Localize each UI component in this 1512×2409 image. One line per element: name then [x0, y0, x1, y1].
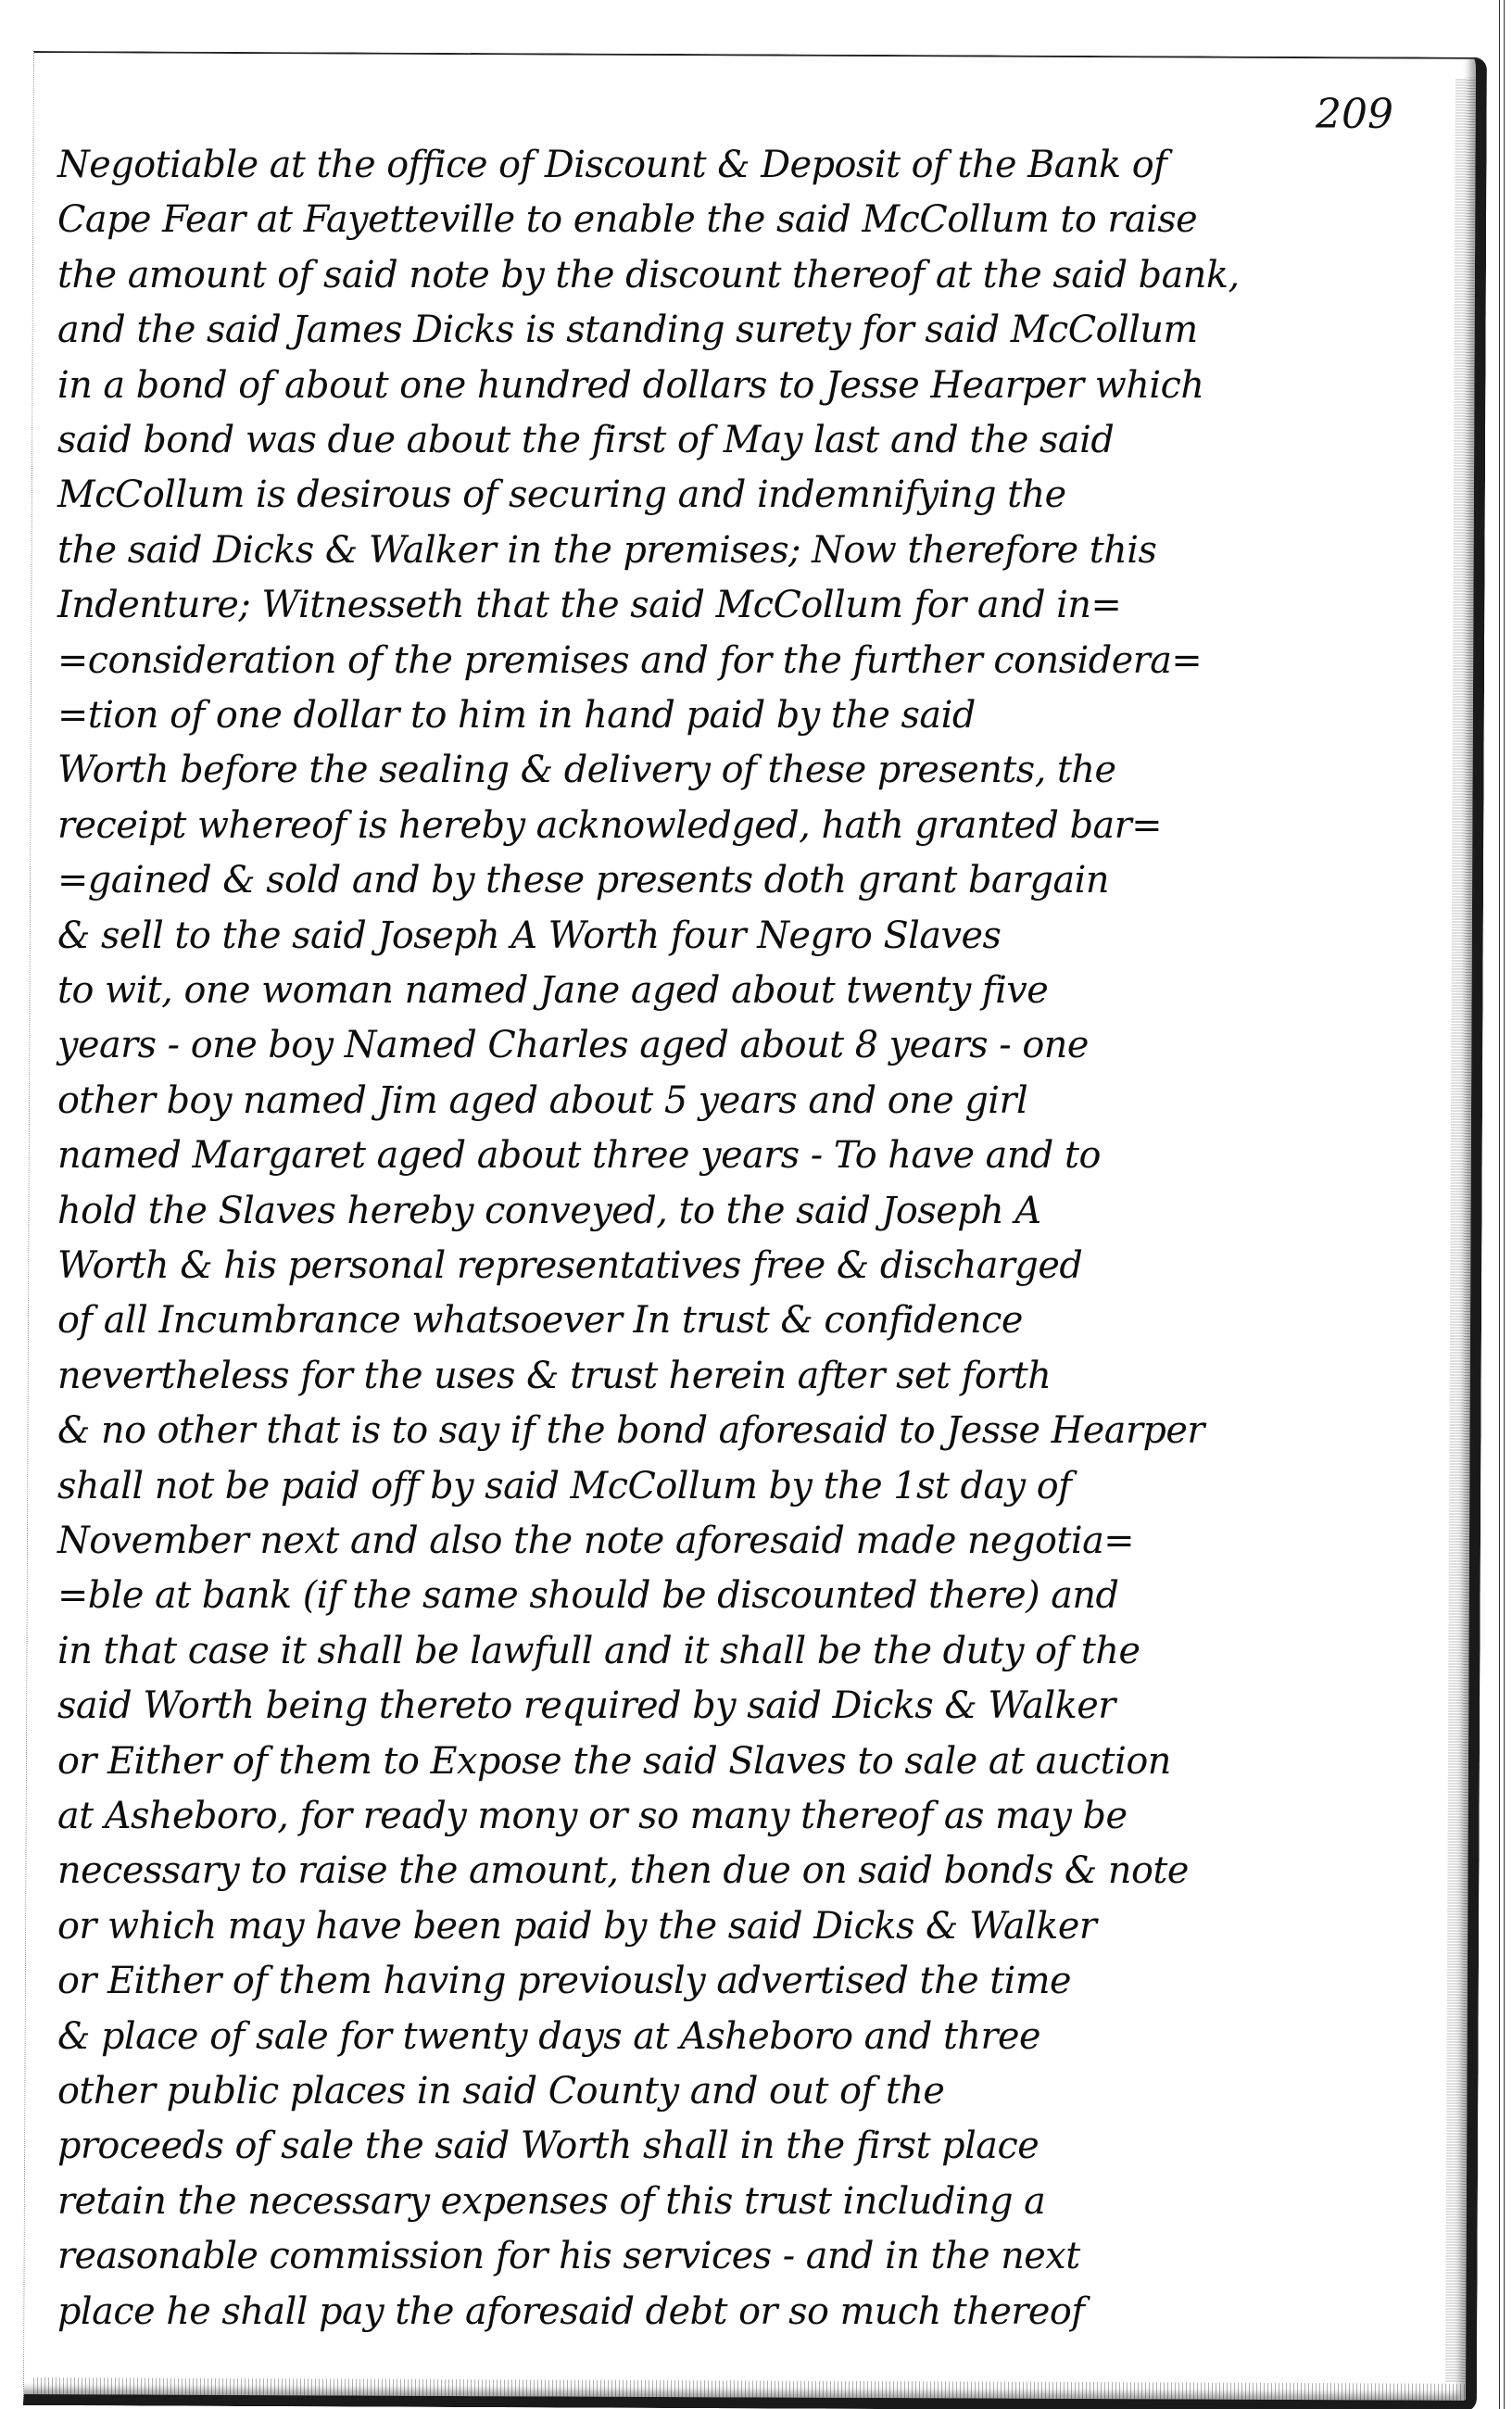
- text-line: the said Dicks & Walker in the premises;…: [57, 528, 1438, 573]
- text-line: said bond was due about the first of May…: [57, 418, 1438, 462]
- text-line: Worth & his personal representatives fre…: [57, 1243, 1438, 1288]
- text-line: in that case it shall be lawfull and it …: [57, 1629, 1438, 1673]
- text-line: =ble at bank (if the same should be disc…: [57, 1573, 1438, 1618]
- text-line: or Either of them having previously adve…: [57, 1959, 1438, 2003]
- text-line: nevertheless for the uses & trust herein…: [57, 1354, 1438, 1398]
- text-line: shall not be paid off by said McCollum b…: [57, 1464, 1438, 1508]
- text-line: or which may have been paid by the said …: [57, 1904, 1438, 1949]
- text-line: & place of sale for twenty days at Asheb…: [57, 2014, 1438, 2059]
- text-line: Negotiable at the office of Discount & D…: [57, 143, 1438, 187]
- text-line: November next and also the note aforesai…: [57, 1519, 1438, 1563]
- text-line: in a bond of about one hundred dollars t…: [57, 363, 1438, 408]
- text-line: place he shall pay the aforesaid debt or…: [57, 2289, 1438, 2334]
- text-line: & no other that is to say if the bond af…: [57, 1408, 1438, 1453]
- text-line: Cape Fear at Fayetteville to enable the …: [57, 197, 1438, 242]
- text-line: other public places in said County and o…: [57, 2069, 1438, 2113]
- text-line: receipt whereof is hereby acknowledged, …: [57, 803, 1438, 848]
- text-line: retain the necessary expenses of this tr…: [57, 2179, 1438, 2224]
- text-line: reasonable commission for his services -…: [57, 2234, 1438, 2278]
- text-line: proceeds of sale the said Worth shall in…: [57, 2124, 1438, 2168]
- text-line: Indenture; Witnesseth that the said McCo…: [57, 583, 1438, 627]
- text-line: of all Incumbrance whatsoever In trust &…: [57, 1298, 1438, 1343]
- text-line: necessary to raise the amount, then due …: [57, 1848, 1438, 1893]
- text-line: hold the Slaves hereby conveyed, to the …: [57, 1189, 1438, 1233]
- text-line: named Margaret aged about three years - …: [57, 1133, 1438, 1178]
- text-line: McCollum is desirous of securing and ind…: [57, 473, 1438, 517]
- text-line: said Worth being thereto required by sai…: [57, 1684, 1438, 1728]
- text-line: =tion of one dollar to him in hand paid …: [57, 693, 1438, 738]
- text-line: Worth before the sealing & delivery of t…: [57, 748, 1438, 792]
- text-line: other boy named Jim aged about 5 years a…: [57, 1078, 1438, 1123]
- text-line: and the said James Dicks is standing sur…: [57, 308, 1438, 352]
- text-line: to wit, one woman named Jane aged about …: [57, 968, 1438, 1013]
- scan-edge-line: [1499, 0, 1505, 2409]
- text-line: years - one boy Named Charles aged about…: [57, 1023, 1438, 1067]
- text-line: =gained & sold and by these presents dot…: [57, 858, 1438, 902]
- page-number: 209: [1316, 91, 1393, 138]
- text-line: the amount of said note by the discount …: [57, 253, 1438, 297]
- page-edge-shadow-bottom: [33, 2377, 1466, 2401]
- text-line: or Either of them to Expose the said Sla…: [57, 1739, 1438, 1784]
- text-line: at Asheboro, for ready mony or so many t…: [57, 1794, 1438, 1838]
- text-line: =consideration of the premises and for t…: [57, 638, 1438, 683]
- text-line: & sell to the said Joseph A Worth four N…: [57, 914, 1438, 958]
- page-edge-shadow-right: [1445, 78, 1476, 2382]
